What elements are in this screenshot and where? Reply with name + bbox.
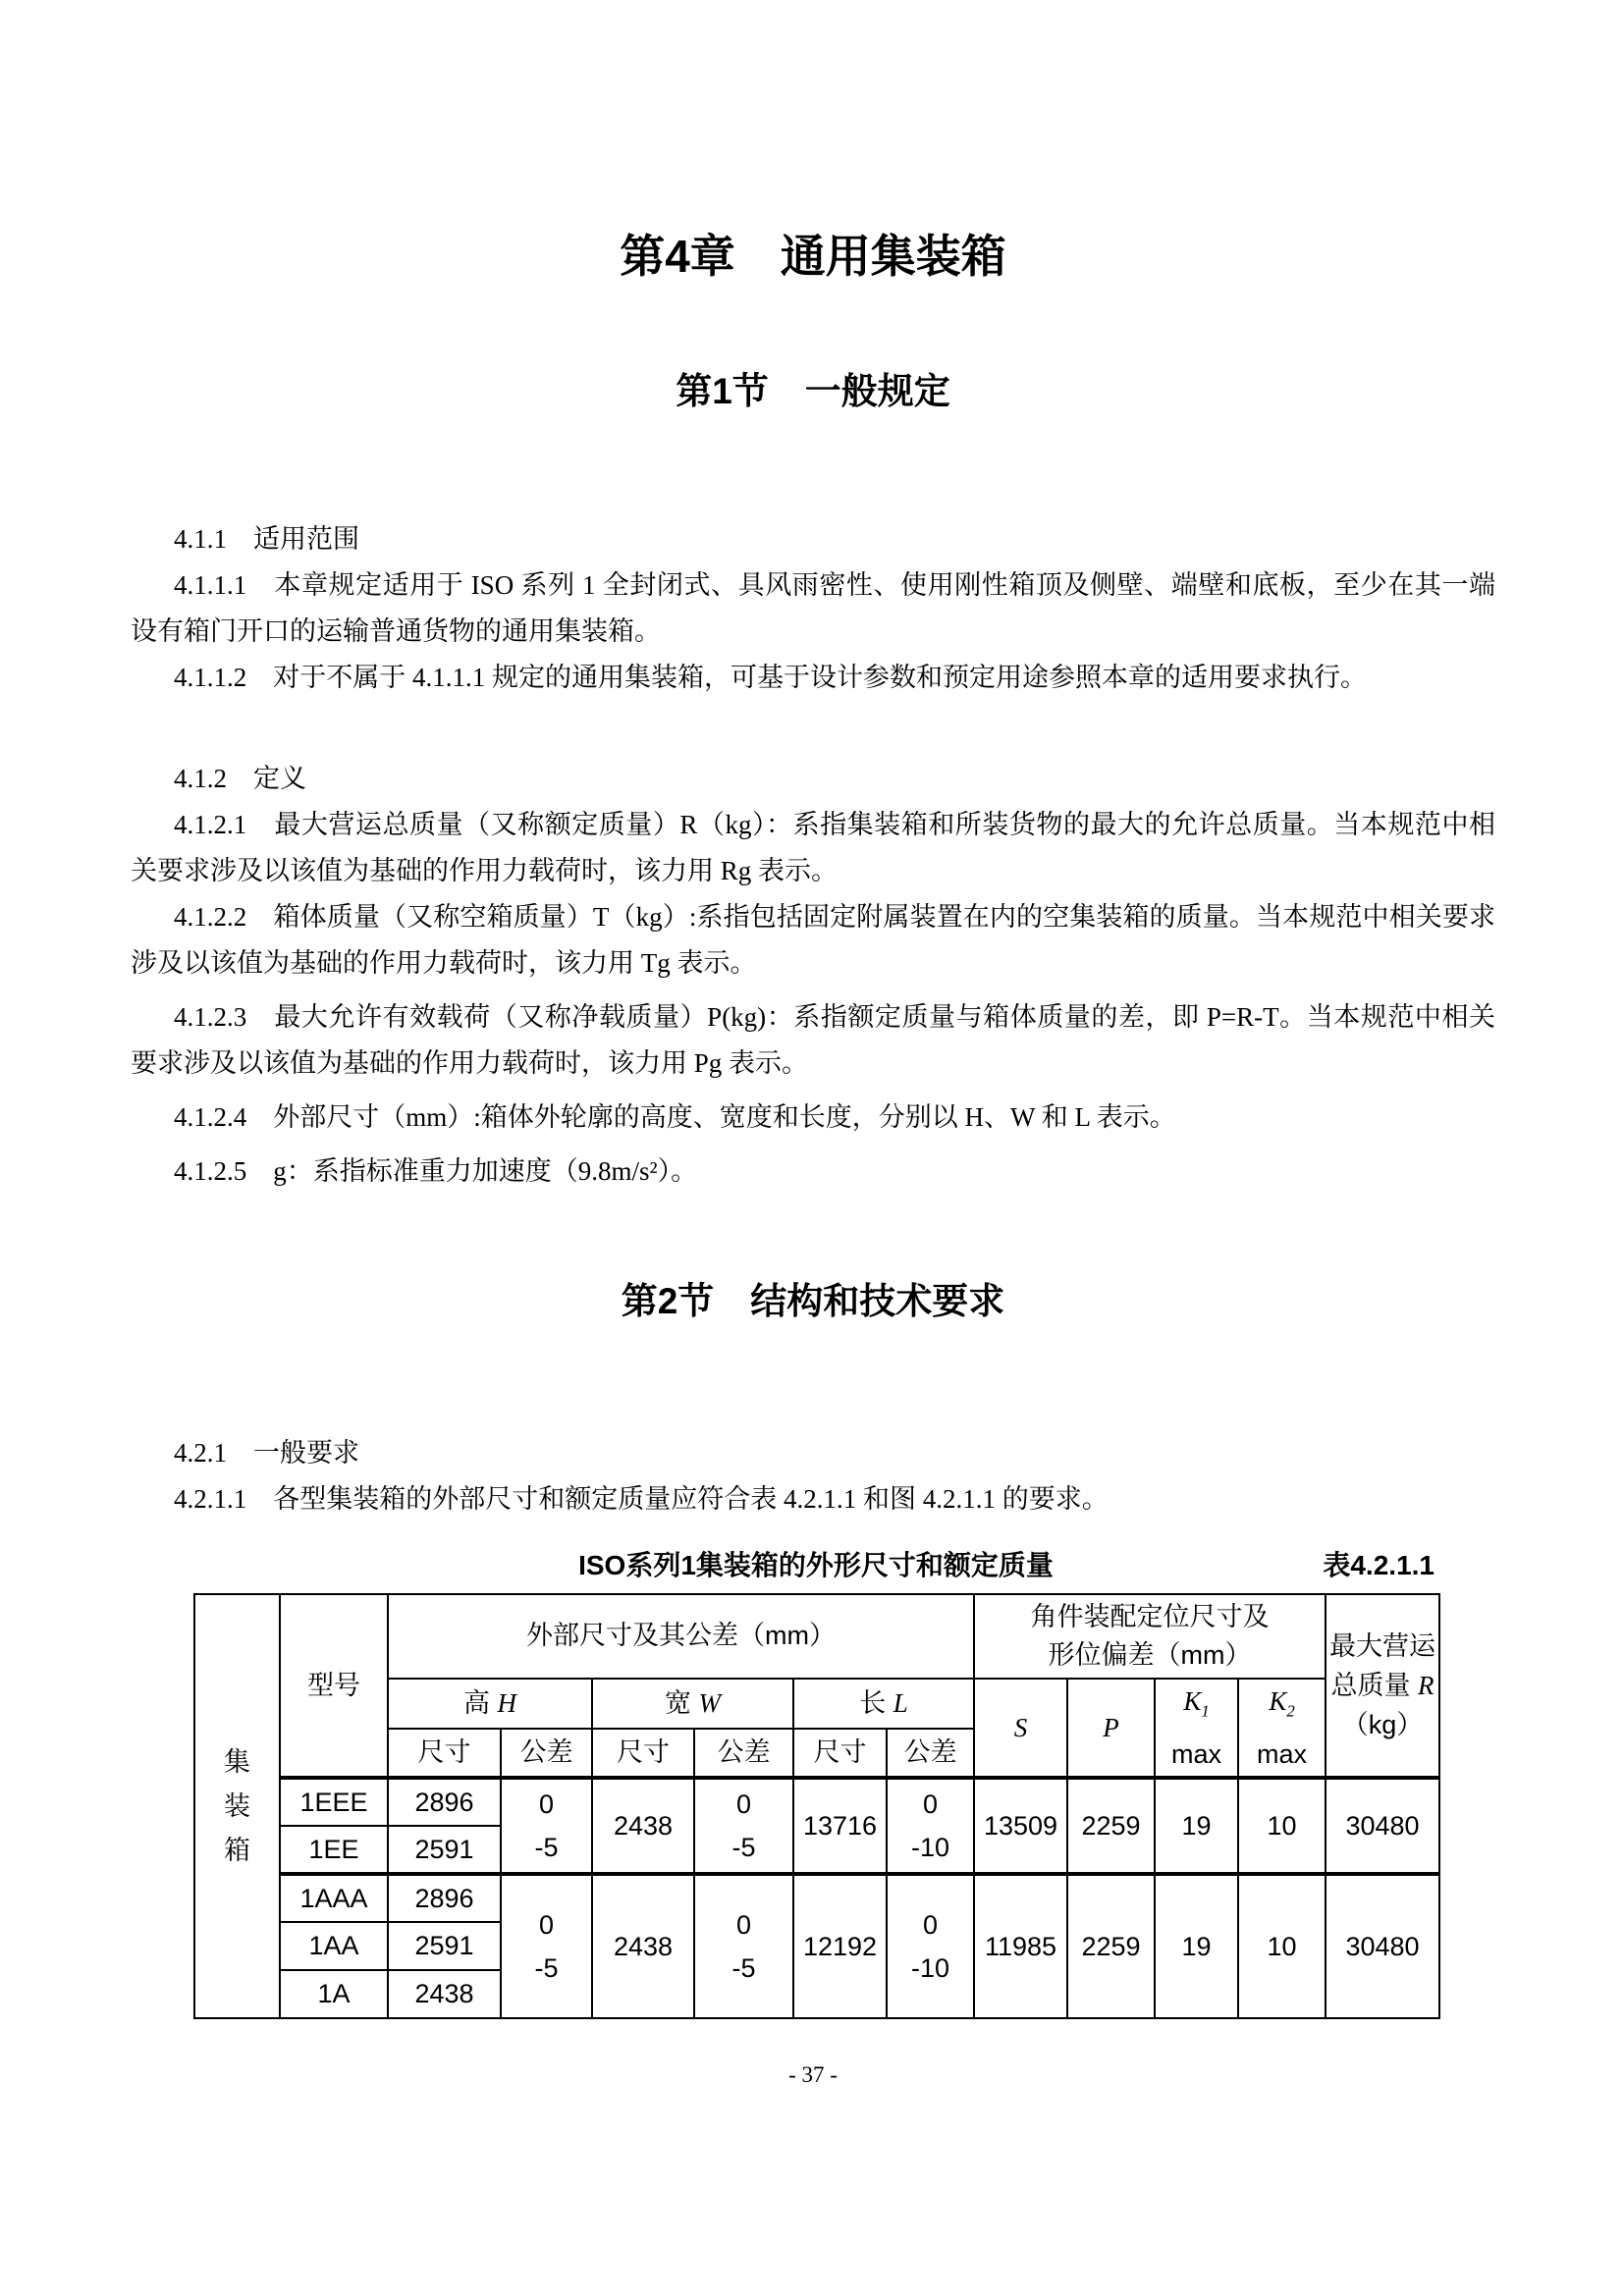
cell-height-tol-g2: 0-5 <box>501 1874 592 2018</box>
table-caption: ISO系列1集装箱的外形尺寸和额定质量 <box>578 1550 1054 1580</box>
var-K1: K1 <box>1156 1680 1237 1733</box>
var-P: P <box>1103 1713 1119 1742</box>
cell-length-tol-g2: 0-10 <box>887 1874 974 2018</box>
side-label-text: 集装箱 <box>223 1740 252 1873</box>
page-number: - 37 - <box>131 2060 1495 2090</box>
var-H: H <box>498 1688 517 1718</box>
section-1-title: 第1节 一般规定 <box>131 371 1495 412</box>
paragraph-4-1-1-2: 4.1.1.2 对于不属于 4.1.1.1 规定的通用集装箱，可基于设计参数和预… <box>131 655 1495 701</box>
cell-header-l-tol: 公差 <box>887 1729 974 1779</box>
table-caption-row: ISO系列1集装箱的外形尺寸和额定质量 表4.2.1.1 <box>193 1546 1438 1585</box>
cell-height-1AA: 2591 <box>388 1922 501 1970</box>
cell-header-width: 宽 W <box>592 1679 793 1729</box>
cell-header-height: 高 H <box>388 1679 592 1729</box>
max-gross-unit: （kg） <box>1326 1705 1438 1744</box>
cell-height-1EEE: 2896 <box>388 1778 501 1826</box>
cell-P-g1: 2259 <box>1067 1778 1155 1874</box>
paragraph-4-1-1-1: 4.1.1.1 本章规定适用于 ISO 系列 1 全封闭式、具风雨密性、使用刚性… <box>131 562 1495 655</box>
cell-K2-g1: 10 <box>1238 1778 1326 1874</box>
cell-model-1A: 1A <box>280 1970 388 2018</box>
cell-length-tol-g1: 0-10 <box>887 1778 974 1874</box>
cell-height-tol-g1: 0-5 <box>501 1778 592 1874</box>
cell-height-1AAA: 2896 <box>388 1874 501 1922</box>
paragraph-4-1-1: 4.1.1 适用范围 <box>131 516 1495 562</box>
cell-model-1AA: 1AA <box>280 1922 388 1970</box>
paragraph-4-1-2-5: 4.1.2.5 g：系指标准重力加速度（9.8m/s²）。 <box>131 1148 1495 1195</box>
cell-header-model: 型号 <box>280 1594 388 1778</box>
cell-header-corner-group: 角件装配定位尺寸及 形位偏差（mm） <box>974 1594 1326 1679</box>
cell-model-1AAA: 1AAA <box>280 1874 388 1922</box>
corner-group-line1: 角件装配定位尺寸及 <box>975 1598 1325 1636</box>
paragraph-4-1-2: 4.1.2 定义 <box>131 756 1495 802</box>
paragraph-4-2-1: 4.2.1 一般要求 <box>131 1430 1495 1476</box>
cell-header-w-tol: 公差 <box>694 1729 793 1779</box>
cell-header-outer-dims-group: 外部尺寸及其公差（mm） <box>388 1594 974 1679</box>
cell-P-g2: 2259 <box>1067 1874 1155 2018</box>
section-2-title: 第2节 结构和技术要求 <box>131 1281 1495 1322</box>
max-gross-line1: 最大营运 <box>1326 1627 1438 1666</box>
var-L: L <box>893 1688 908 1718</box>
cell-width-tol-g2: 0-5 <box>694 1874 793 2018</box>
cell-S-g1: 13509 <box>974 1778 1067 1874</box>
cell-header-w-dim: 尺寸 <box>592 1729 694 1779</box>
cell-K1-g1: 19 <box>1155 1778 1238 1874</box>
var-R: R <box>1418 1671 1435 1700</box>
cell-header-l-dim: 尺寸 <box>793 1729 887 1779</box>
cell-width-tol-g1: 0-5 <box>694 1778 793 1874</box>
paragraph-4-1-2-2: 4.1.2.2 箱体质量（又称空箱质量）T（kg）:系指包括固定附属装置在内的空… <box>131 894 1495 987</box>
paragraph-4-1-2-1: 4.1.2.1 最大营运总质量（又称额定质量）R（kg）：系指集装箱和所装货物的… <box>131 802 1495 894</box>
cell-model-1EE: 1EE <box>280 1826 388 1874</box>
corner-group-line2: 形位偏差（mm） <box>975 1636 1325 1675</box>
max-gross-line2: 总质量 R <box>1326 1666 1438 1705</box>
cell-header-h-dim: 尺寸 <box>388 1729 501 1779</box>
cell-header-S: S <box>974 1679 1067 1778</box>
cell-height-1EE: 2591 <box>388 1826 501 1874</box>
table-number-label: 表4.2.1.1 <box>1323 1546 1435 1585</box>
cell-header-max-gross: 最大营运 总质量 R （kg） <box>1326 1594 1439 1778</box>
chapter-title: 第4章 通用集装箱 <box>131 0 1495 281</box>
cell-header-K2: K2 max <box>1238 1679 1326 1778</box>
cell-header-K1: K1 max <box>1155 1679 1238 1778</box>
document-page: 第4章 通用集装箱 第1节 一般规定 4.1.1 适用范围 4.1.1.1 本章… <box>0 0 1624 2296</box>
cell-width-g1: 2438 <box>592 1778 694 1874</box>
cell-header-h-tol: 公差 <box>501 1729 592 1779</box>
cell-R-g2: 30480 <box>1326 1874 1439 2018</box>
cell-height-1A: 2438 <box>388 1970 501 2018</box>
cell-model-1EEE: 1EEE <box>280 1778 388 1826</box>
var-W: W <box>699 1688 722 1718</box>
cell-header-P: P <box>1067 1679 1155 1778</box>
cell-header-length: 长 L <box>793 1679 974 1729</box>
page-content: 第4章 通用集装箱 第1节 一般规定 4.1.1 适用范围 4.1.1.1 本章… <box>0 0 1624 2090</box>
paragraph-4-1-2-4: 4.1.2.4 外部尺寸（mm）:箱体外轮廓的高度、宽度和长度，分别以 H、W … <box>131 1095 1495 1141</box>
cell-container-side-label: 集装箱 <box>194 1594 280 2018</box>
cell-length-g1: 13716 <box>793 1778 887 1874</box>
cell-S-g2: 11985 <box>974 1874 1067 2018</box>
cell-K1-g2: 19 <box>1155 1874 1238 2018</box>
cell-length-g2: 12192 <box>793 1874 887 2018</box>
paragraph-4-2-1-1: 4.2.1.1 各型集装箱的外部尺寸和额定质量应符合表 4.2.1.1 和图 4… <box>131 1476 1495 1522</box>
cell-width-g2: 2438 <box>592 1874 694 2018</box>
var-S: S <box>1014 1713 1028 1742</box>
cell-K2-g2: 10 <box>1238 1874 1326 2018</box>
cell-R-g1: 30480 <box>1326 1778 1439 1874</box>
var-K2: K2 <box>1239 1680 1325 1733</box>
k2-max-label: max <box>1239 1733 1325 1776</box>
paragraph-4-1-2-3: 4.1.2.3 最大允许有效载荷（又称净载质量）P(kg)：系指额定质量与箱体质… <box>131 994 1495 1087</box>
iso-container-table: 集装箱 型号 外部尺寸及其公差（mm） 角件装配定位尺寸及 形位偏差（mm） 最… <box>193 1593 1440 2019</box>
k1-max-label: max <box>1156 1733 1237 1776</box>
